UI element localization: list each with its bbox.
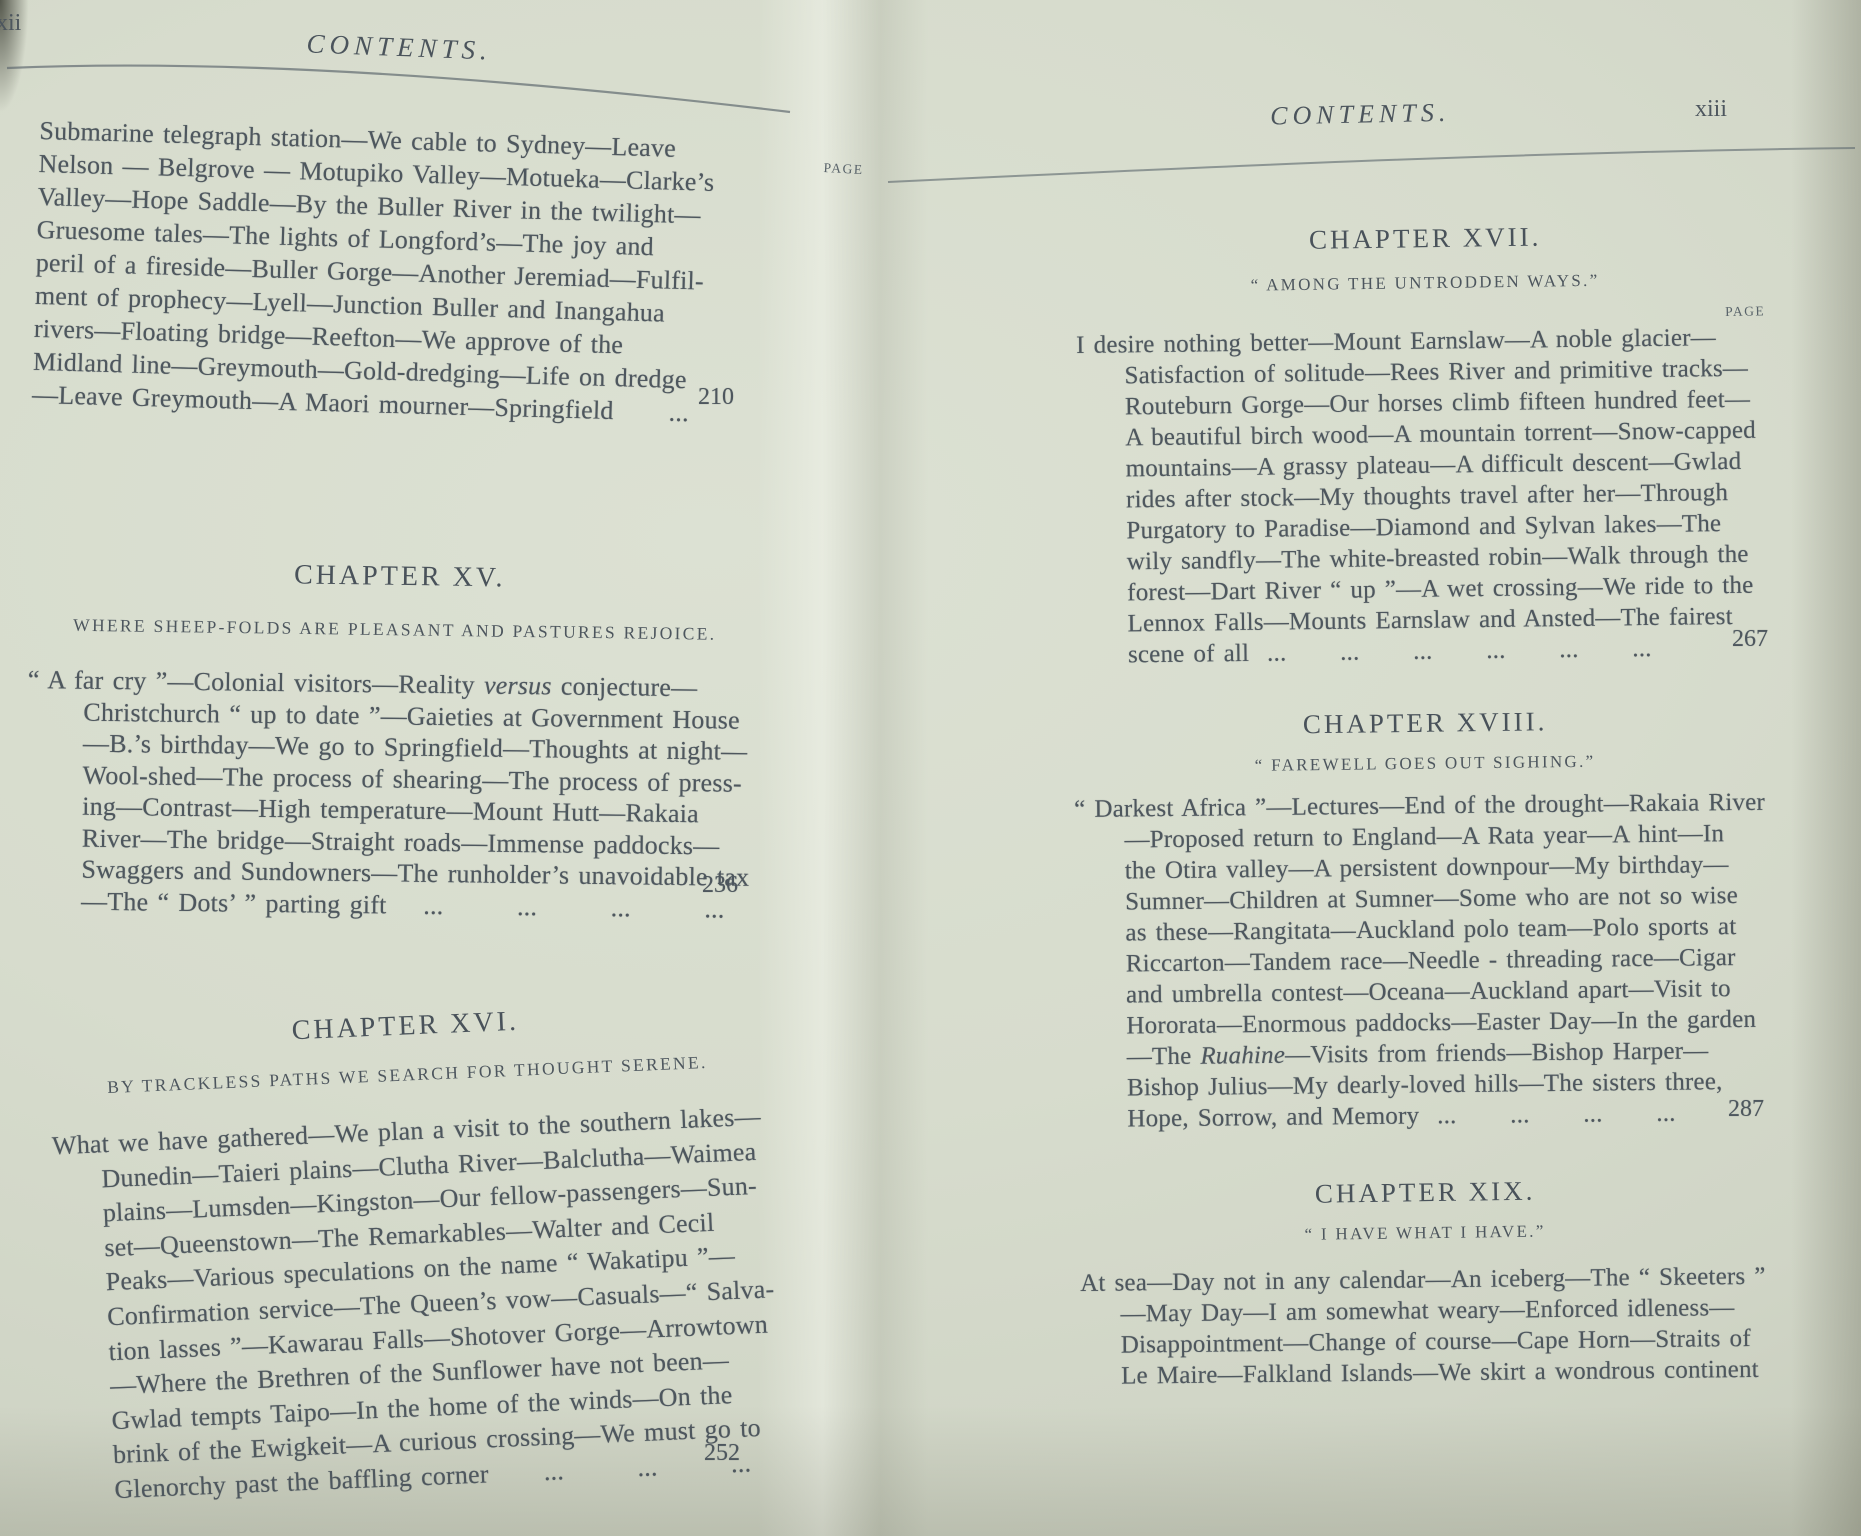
chapter-heading: CHAPTER XVII. [1080,218,1770,259]
toc-line-text: —The [1127,1043,1201,1071]
chapter-subtitle: “ FAREWELL GOES OUT SIGHING.” [1080,750,1770,778]
page-number: 210 [698,384,734,411]
toc-line-text: “ A far cry ”—Colonial visitors—Reality [28,665,485,700]
toc-line-italic: Ruahine [1200,1042,1285,1070]
toc-line: Le Maire—Falkland Islands—We skirt a won… [1121,1353,1829,1391]
chapter-summary: “ Darkest Africa ”—Lectures—End of the d… [1074,786,1842,1135]
chapter-heading: CHAPTER XIX. [1080,1172,1770,1213]
chapter-section: CHAPTER XVI. BY TRACKLESS PATHS WE SEARC… [35,995,774,1026]
folio-right: xiii [1695,96,1727,123]
folio-left: xii [0,10,21,37]
toc-runover-entry: Submarine telegraph station—We cable to … [32,114,785,432]
running-head-right: CONTENTS. [1150,95,1571,134]
left-page: xii CONTENTS. PAGE Submarine telegraph s… [0,0,880,1536]
page-number: 252 [704,1440,740,1467]
book-photo: xii CONTENTS. PAGE Submarine telegraph s… [0,0,1861,1536]
page-number: 287 [1728,1096,1764,1123]
chapter-subtitle: BY TRACKLESS PATHS WE SEARCH FOR THOUGHT… [37,1049,777,1101]
chapter-heading: CHAPTER XV. [50,556,750,598]
page-number: 236 [702,872,738,899]
toc-line-text: conjecture— [552,671,698,702]
chapter-summary: At sea—Day not in any calendar—An iceber… [1080,1260,1829,1392]
chapter-subtitle: WHERE SHEEP-FOLDS ARE PLEASANT AND PASTU… [20,614,770,645]
page-column-label-right: PAGE [1725,303,1765,320]
right-page: xiii CONTENTS. CHAPTER XVII. “ AMONG THE… [880,0,1861,1536]
page-column-label-left: PAGE [823,160,864,178]
chapter-subtitle: “ I HAVE WHAT I HAVE.” [1080,1218,1770,1248]
chapter-heading: CHAPTER XVIII. [1080,704,1770,743]
chapter-subtitle: “ AMONG THE UNTRODDEN WAYS.” [1080,268,1770,298]
toc-line-italic: versus [484,671,552,701]
chapter-heading: CHAPTER XVI. [45,995,766,1057]
header-rule-right [880,140,1861,190]
page-number: 267 [1732,626,1768,653]
header-rule-left [4,56,796,120]
toc-line-text: —Visits from friends—Bishop Harper— [1285,1037,1709,1068]
chapter-summary: I desire nothing better—Mount Earnslaw—A… [1076,321,1840,671]
